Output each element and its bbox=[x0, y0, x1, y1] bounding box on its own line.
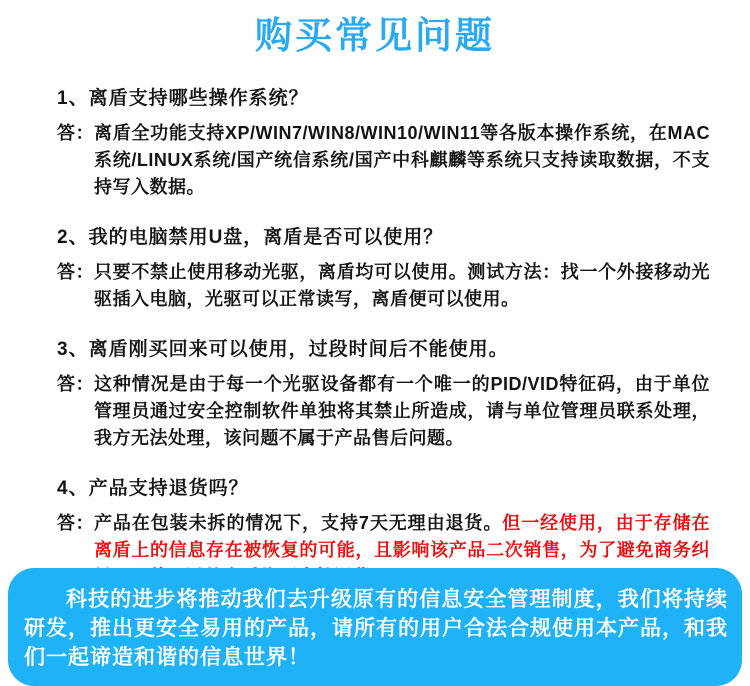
answer-text: 只要不禁止使用移动光驱，离盾均可以使用。测试方法：找一个外接移动光驱插入电脑，光… bbox=[94, 262, 710, 309]
page-title: 购买常见问题 bbox=[0, 0, 750, 57]
answer-prefix: 答： bbox=[57, 120, 94, 147]
answer-prefix: 答： bbox=[57, 371, 94, 398]
faq-answer-1: 答： 离盾全功能支持XP/WIN7/WIN8/WIN10/WIN11等各版本操作… bbox=[57, 120, 710, 201]
faq-question-1: 1、离盾支持哪些操作系统？ bbox=[57, 87, 710, 110]
faq-question-3: 3、离盾刚买回来可以使用，过段时间后不能使用。 bbox=[57, 338, 710, 361]
footer-notice-text: 科技的进步将推动我们去升级原有的信息安全管理制度，我们将持续研发，推出更安全易用… bbox=[24, 585, 728, 672]
faq-page: 购买常见问题 1、离盾支持哪些操作系统？ 答： 离盾全功能支持XP/WIN7/W… bbox=[0, 0, 750, 686]
answer-prefix: 答： bbox=[57, 510, 94, 537]
faq-item-3: 3、离盾刚买回来可以使用，过段时间后不能使用。 答： 这种情况是由于每一个光驱设… bbox=[57, 338, 710, 452]
footer-notice-banner: 科技的进步将推动我们去升级原有的信息安全管理制度，我们将持续研发，推出更安全易用… bbox=[8, 568, 742, 686]
faq-item-2: 2、我的电脑禁用U盘，离盾是否可以使用？ 答： 只要不禁止使用移动光驱，离盾均可… bbox=[57, 226, 710, 313]
faq-answer-3: 答： 这种情况是由于每一个光驱设备都有一个唯一的PID/VID特征码，由于单位管… bbox=[57, 371, 710, 452]
answer-text: 产品在包装未拆的情况下，支持7天无理由退货。 bbox=[94, 513, 502, 533]
faq-list: 1、离盾支持哪些操作系统？ 答： 离盾全功能支持XP/WIN7/WIN8/WIN… bbox=[0, 87, 750, 591]
answer-prefix: 答： bbox=[57, 259, 94, 286]
answer-text: 离盾全功能支持XP/WIN7/WIN8/WIN10/WIN11等各版本操作系统，… bbox=[94, 123, 710, 197]
answer-text: 这种情况是由于每一个光驱设备都有一个唯一的PID/VID特征码，由于单位管理员通… bbox=[94, 374, 710, 448]
faq-question-4: 4、产品支持退货吗？ bbox=[57, 477, 710, 500]
faq-item-1: 1、离盾支持哪些操作系统？ 答： 离盾全功能支持XP/WIN7/WIN8/WIN… bbox=[57, 87, 710, 201]
faq-answer-2: 答： 只要不禁止使用移动光驱，离盾均可以使用。测试方法：找一个外接移动光驱插入电… bbox=[57, 259, 710, 313]
faq-question-2: 2、我的电脑禁用U盘，离盾是否可以使用？ bbox=[57, 226, 710, 249]
